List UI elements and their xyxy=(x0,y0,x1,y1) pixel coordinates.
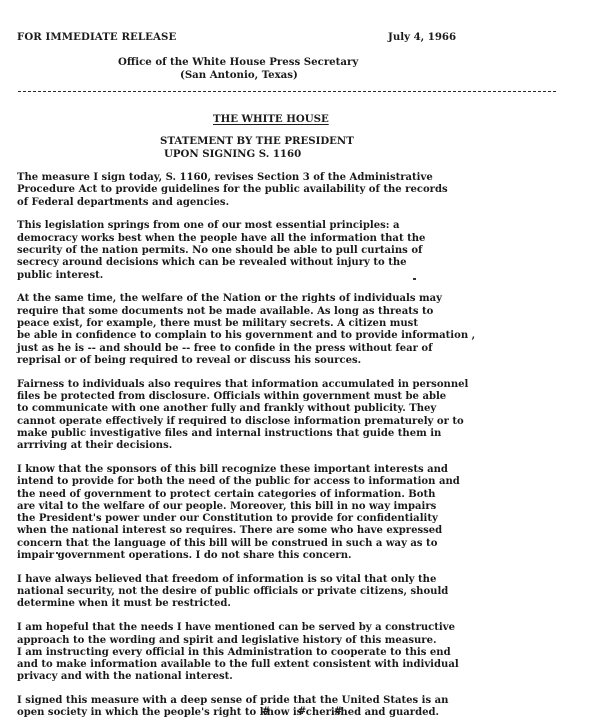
text-line: files be protected from disclosure. Offi… xyxy=(17,391,577,403)
text-line: arrriving at their decisions. xyxy=(17,440,577,452)
scan-speck xyxy=(413,278,416,280)
text-line: determine when it must be restricted. xyxy=(17,598,577,610)
dashed-divider xyxy=(18,91,556,92)
text-line: and to make information available to the… xyxy=(17,659,577,671)
text-line: impair government operations. I do not s… xyxy=(17,550,577,562)
text-line: democracy works best when the people hav… xyxy=(17,233,577,245)
text-line: national security, not the desire of pub… xyxy=(17,586,577,598)
text-line: This legislation springs from one of our… xyxy=(17,220,577,232)
text-line: The measure I sign today, S. 1160, revis… xyxy=(17,172,577,184)
paragraph: Fairness to individuals also requires th… xyxy=(17,379,577,453)
release-date: July 4, 1966 xyxy=(388,31,456,43)
text-line: I have always believed that freedom of i… xyxy=(17,574,577,586)
org-heading: THE WHITE HOUSE xyxy=(213,113,329,125)
release-notice: FOR IMMEDIATE RELEASE xyxy=(17,31,176,43)
text-line: I am instructing every official in this … xyxy=(17,647,577,659)
text-line: reprisal or of being required to reveal … xyxy=(17,355,577,367)
text-line: Procedure Act to provide guidelines for … xyxy=(17,184,577,196)
text-line: intend to provide for both the need of t… xyxy=(17,476,577,488)
text-line: are vital to the welfare of our people. … xyxy=(17,501,577,513)
text-line: make public investigative files and inte… xyxy=(17,428,577,440)
text-line: concern that the language of this bill w… xyxy=(17,538,577,550)
statement-subject: UPON SIGNING S. 1160 xyxy=(160,148,354,161)
text-line: be able in confidence to complain to his… xyxy=(17,330,577,342)
scan-speck xyxy=(56,552,58,554)
text-line: I know that the sponsors of this bill re… xyxy=(17,464,577,476)
text-line: Fairness to individuals also requires th… xyxy=(17,379,577,391)
text-line: of Federal departments and agencies. xyxy=(17,197,577,209)
end-mark: # # # xyxy=(262,706,354,717)
text-line: the need of government to protect certai… xyxy=(17,489,577,501)
text-line: security of the nation permits. No one s… xyxy=(17,245,577,257)
office-block: Office of the White House Press Secretar… xyxy=(118,56,358,82)
paragraph: The measure I sign today, S. 1160, revis… xyxy=(17,172,577,209)
paragraph: I am hopeful that the needs I have menti… xyxy=(17,622,577,683)
text-line: when the national interest so requires. … xyxy=(17,525,577,537)
text-line: peace exist, for example, there must be … xyxy=(17,318,577,330)
text-line: secrecy around decisions which can be re… xyxy=(17,257,577,269)
text-line: to communicate with one another fully an… xyxy=(17,403,577,415)
statement-body: The measure I sign today, S. 1160, revis… xyxy=(17,172,577,728)
text-line: approach to the wording and spirit and l… xyxy=(17,635,577,647)
paragraph: I know that the sponsors of this bill re… xyxy=(17,464,577,562)
statement-heading: STATEMENT BY THE PRESIDENT UPON SIGNING … xyxy=(160,135,354,160)
text-line: require that some documents not be made … xyxy=(17,306,577,318)
text-line: privacy and with the national interest. xyxy=(17,671,577,683)
document-page: FOR IMMEDIATE RELEASE July 4, 1966 Offic… xyxy=(0,0,595,728)
paragraph: This legislation springs from one of our… xyxy=(17,220,577,281)
text-line: cannot operate effectively if required t… xyxy=(17,416,577,428)
statement-title: STATEMENT BY THE PRESIDENT xyxy=(160,135,354,147)
office-name: Office of the White House Press Secretar… xyxy=(118,56,358,68)
text-line: just as he is -- and should be -- free t… xyxy=(17,343,577,355)
text-line: I am hopeful that the needs I have menti… xyxy=(17,622,577,634)
text-line: the President's power under our Constitu… xyxy=(17,513,577,525)
text-line: public interest. xyxy=(17,270,577,282)
text-line: At the same time, the welfare of the Nat… xyxy=(17,293,577,305)
paragraph: I have always believed that freedom of i… xyxy=(17,574,577,611)
office-location: (San Antonio, Texas) xyxy=(118,69,358,82)
paragraph: At the same time, the welfare of the Nat… xyxy=(17,293,577,367)
